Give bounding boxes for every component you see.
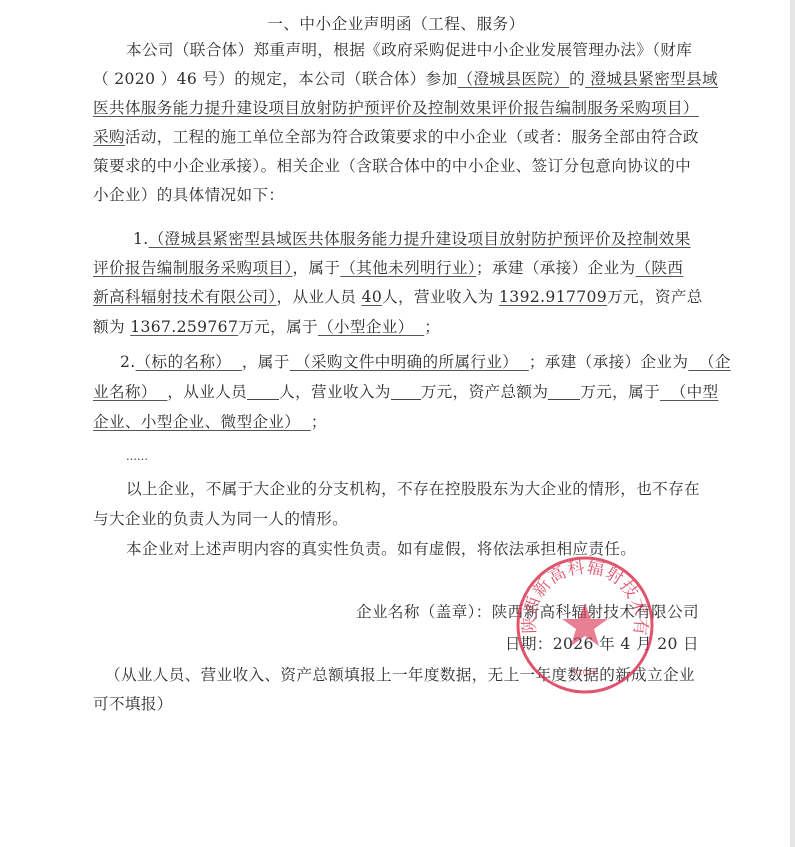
item-1-revenue: 1392.917709 [499, 288, 607, 306]
page-edge [790, 0, 795, 847]
item-text: ，属于 [242, 353, 290, 371]
item-text: 万元，资产总额为 [421, 383, 549, 401]
item-text: ，从业人员 [167, 383, 247, 401]
item-2-company-end: 业名称） [93, 383, 167, 401]
intro-line-4: 采购活动，工程的施工单位全部为符合政策要求的中小企业（或者：服务全部由符合政 [93, 123, 699, 152]
item-1-subject: （澄城县紧密型县域医共体服务能力提升建设项目放射防护预评价及控制效果 [149, 230, 691, 248]
intro-line-5: 策要求的中小企业承接）。相关企业（含联合体中的中小企业、签订分包意向协议的中 [93, 152, 691, 181]
intro-line-2: （ 2020 ）46 号）的规定，本公司（联合体）参加（澄城县医院）的 澄城县紧… [93, 65, 718, 94]
note-line-2: 可不填报） [93, 690, 173, 719]
item-text: ，属于 [292, 259, 340, 277]
item-text: 万元，资产总 [607, 288, 703, 306]
intro-line-6: 小企业）的具体情况如下： [93, 181, 284, 210]
item-1-line-3: 新高科辐射技术有限公司），从业人员 40人，营业收入为 1392.917709万… [93, 283, 703, 312]
item-1-line-4: 额为 1367.259767万元，属于（小型企业） ； [93, 313, 440, 342]
intro-text: 的 [569, 70, 585, 88]
item-1-line-2: 评价报告编制服务采购项目），属于（其他未列明行业）；承建（承接）企业为（陕西 [93, 254, 683, 283]
item-1-size: （小型企业） [318, 318, 424, 336]
item-number: 1. [133, 230, 149, 248]
item-text: 万元，属于 [580, 383, 660, 401]
note-line-1: （从业人员、营业收入、资产总额填报上一年度数据，无上一年度数据的新成立企业 [105, 661, 695, 690]
responsibility-statement: 本企业对上述声明内容的真实性负责。如有虚假，将依法承担相应责任。 [126, 535, 636, 564]
revenue-blank [391, 381, 421, 400]
item-2-line-1: 2.（标的名称） ，属于 （采购文件中明确的所属行业） ；承建（承接）企业为 （… [120, 348, 731, 377]
statement-line-1: 以上企业，不属于大企业的分支机构，不存在控股股东为大企业的情形，也不存在 [126, 475, 700, 504]
intro-line-1: 本公司（联合体）郑重声明，根据《政府采购促进中小企业发展管理办法》（财库 [126, 36, 692, 65]
assets-blank [548, 381, 580, 400]
item-1-company-end: 新高科辐射技术有限公司） [93, 288, 277, 306]
item-text: ，从业人员 [277, 288, 362, 306]
project-name-part-2: 医共体服务能力提升建设项目放射防护预评价及控制效果评价报告编制服务采购项目） [93, 99, 699, 117]
statement-line-2: 与大企业的负责人为同一人的情形。 [93, 505, 348, 534]
item-2-line-2: 业名称） ，从业人员人，营业收入为万元，资产总额为万元，属于 （中型 [93, 378, 718, 407]
item-text: ； [311, 413, 327, 431]
item-2-line-3: 企业、小型企业、微型企业） ； [93, 408, 327, 437]
item-1-line-1: 1.（澄城县紧密型县域医共体服务能力提升建设项目放射防护预评价及控制效果 [133, 225, 691, 254]
item-text: 额为 [93, 318, 130, 336]
item-text: 人，营业收入为 [382, 288, 499, 306]
buyer-name: （澄城县医院） [458, 70, 570, 88]
item-1-employees: 40 [362, 288, 383, 306]
intro-text: （ 2020 ）46 号）的规定，本公司（联合体）参加 [93, 70, 458, 88]
ellipsis: …… [126, 442, 148, 471]
item-text: ；承建（承接）企业为 [529, 353, 688, 371]
item-text: ； [424, 318, 440, 336]
item-1-assets: 1367.259767 [130, 318, 238, 336]
item-text: 万元，属于 [238, 318, 318, 336]
purchase-word: 采购 [93, 128, 125, 146]
item-2-industry: （采购文件中明确的所属行业） [290, 353, 529, 371]
employees-blank [247, 381, 279, 400]
intro-text: 活动，工程的施工单位全部为符合政策要求的中小企业（或者：服务全部由符合政 [125, 128, 699, 146]
item-text: ；承建（承接）企业为 [476, 259, 635, 277]
item-2-size-end: 企业、小型企业、微型企业） [93, 413, 311, 431]
item-1-industry: （其他未列明行业） [340, 259, 476, 277]
item-2-subject: （标的名称） [136, 353, 242, 371]
document-title: 一、中小企业声明函（工程、服务） [93, 10, 699, 39]
item-text: 人，营业收入为 [279, 383, 391, 401]
project-name-part-1: 澄城县紧密型县域 [585, 70, 718, 88]
item-2-company-start: （企 [688, 353, 731, 371]
item-1-company-start: （陕西 [635, 259, 683, 277]
company-signature: 企业名称（盖章）：陕西新高科辐射技术有限公司 [356, 598, 699, 627]
intro-line-3: 医共体服务能力提升建设项目放射防护预评价及控制效果评价报告编制服务采购项目） [93, 94, 699, 123]
item-number: 2. [120, 353, 136, 371]
signature-date: 日期：2026 年 4 月 20 日 [505, 630, 699, 659]
item-1-subject-end: 评价报告编制服务采购项目） [93, 259, 292, 277]
item-2-size-start: （中型 [660, 383, 718, 401]
